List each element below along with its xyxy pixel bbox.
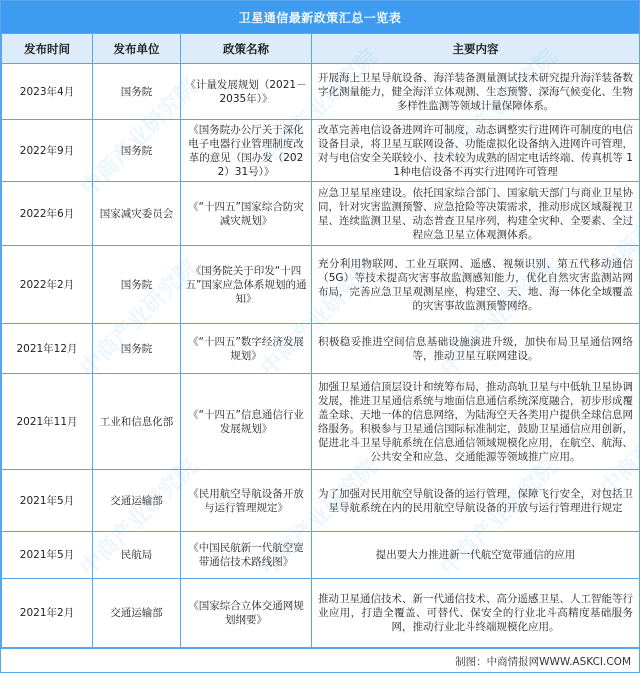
cell-content: 推动卫星通信技术、新一代通信技术、高分遥感卫星、人工智能等行业应用，打造全覆盖、… (312, 579, 640, 648)
table-title: 卫星通信最新政策汇总一览表 (1, 1, 639, 33)
table-row: 2021年5月民航局《中国民航新一代航空宽带通信技术路线图》提出要大力推进新一代… (2, 532, 640, 579)
cell-issuer: 国家减灾委员会 (93, 182, 181, 246)
cell-date: 2022年2月 (2, 246, 93, 324)
cell-policy: 《计量发展规划（2021－2035年）》 (181, 64, 312, 120)
cell-policy: 《“十四五”数字经济发展规划》 (181, 324, 312, 374)
table-row: 2021年12月国务院《“十四五”数字经济发展规划》积极稳妥推进空间信息基础设施… (2, 324, 640, 374)
cell-date: 2021年12月 (2, 324, 93, 374)
cell-content: 应急卫星星座建设。依托国家综合部门、国家航天部门与商业卫星协同，针对灾害监测预警… (312, 182, 640, 246)
cell-issuer: 交通运输部 (93, 579, 181, 648)
cell-policy: 《“十四五”信息通信行业发展规划》 (181, 374, 312, 470)
header-date: 发布时间 (2, 34, 93, 64)
cell-date: 2023年4月 (2, 64, 93, 120)
cell-issuer: 国务院 (93, 324, 181, 374)
cell-date: 2021年5月 (2, 470, 93, 532)
cell-content: 开展海上卫星导航设备、海洋装备测量测试技术研究提升海洋装备数字化测量能力，健全海… (312, 64, 640, 120)
table-row: 2021年5月交通运输部《民用航空导航设备开放与运行管理规定》为了加强对民用航空… (2, 470, 640, 532)
table-row: 2022年2月国务院《国务院关于印发“十四五”国家应急体系规划的通知》充分利用物… (2, 246, 640, 324)
cell-date: 2021年5月 (2, 532, 93, 579)
header-content: 主要内容 (312, 34, 640, 64)
cell-issuer: 国务院 (93, 246, 181, 324)
cell-policy: 《“十四五”国家综合防灾减灾规划》 (181, 182, 312, 246)
source-credit: 制图：中商情报网WWW.ASKCI.COM (1, 648, 639, 673)
table-row: 2023年4月国务院《计量发展规划（2021－2035年）》开展海上卫星导航设备… (2, 64, 640, 120)
cell-date: 2021年11月 (2, 374, 93, 470)
cell-issuer: 民航局 (93, 532, 181, 579)
cell-date: 2021年2月 (2, 579, 93, 648)
cell-content: 为了加强对民用航空导航设备的运行管理，保障飞行安全，对包括卫星导航系统在内的民用… (312, 470, 640, 532)
cell-policy: 《国务院关于印发“十四五”国家应急体系规划的通知》 (181, 246, 312, 324)
cell-content: 积极稳妥推进空间信息基础设施演进升级，加快布局卫星通信网络等，推动卫星互联网建设… (312, 324, 640, 374)
policy-table-figure: 卫星通信最新政策汇总一览表 发布时间 发布单位 政策名称 主要内容 2023年4… (0, 0, 640, 673)
header-policy: 政策名称 (181, 34, 312, 64)
cell-content: 加强卫星通信顶层设计和统筹布局，推动高轨卫星与中低轨卫星协调发展，推进卫星通信系… (312, 374, 640, 470)
cell-issuer: 工业和信息化部 (93, 374, 181, 470)
cell-content: 提出要大力推进新一代航空宽带通信的应用 (312, 532, 640, 579)
cell-policy: 《国务院办公厅关于深化电子电器行业管理制度改革的意见（国办发（2022）31号）… (181, 120, 312, 182)
table-row: 2021年2月交通运输部《国家综合立体交通网规划纲要》推动卫星通信技术、新一代通… (2, 579, 640, 648)
policy-table: 发布时间 发布单位 政策名称 主要内容 2023年4月国务院《计量发展规划（20… (1, 33, 640, 648)
cell-policy: 《中国民航新一代航空宽带通信技术路线图》 (181, 532, 312, 579)
table-row: 2022年9月国务院《国务院办公厅关于深化电子电器行业管理制度改革的意见（国办发… (2, 120, 640, 182)
cell-content: 改革完善电信设备进网许可制度，动态调整实行进网许可制度的电信设备目录，将卫星互联… (312, 120, 640, 182)
cell-content: 充分利用物联网、工业互联网、遥感、视频识别、第五代移动通信（5G）等技术提高灾害… (312, 246, 640, 324)
cell-policy: 《民用航空导航设备开放与运行管理规定》 (181, 470, 312, 532)
cell-issuer: 国务院 (93, 120, 181, 182)
table-row: 2022年6月国家减灾委员会《“十四五”国家综合防灾减灾规划》应急卫星星座建设。… (2, 182, 640, 246)
cell-issuer: 国务院 (93, 64, 181, 120)
cell-date: 2022年9月 (2, 120, 93, 182)
table-row: 2021年11月工业和信息化部《“十四五”信息通信行业发展规划》加强卫星通信顶层… (2, 374, 640, 470)
cell-date: 2022年6月 (2, 182, 93, 246)
header-issuer: 发布单位 (93, 34, 181, 64)
cell-policy: 《国家综合立体交通网规划纲要》 (181, 579, 312, 648)
header-row: 发布时间 发布单位 政策名称 主要内容 (2, 34, 640, 64)
cell-issuer: 交通运输部 (93, 470, 181, 532)
